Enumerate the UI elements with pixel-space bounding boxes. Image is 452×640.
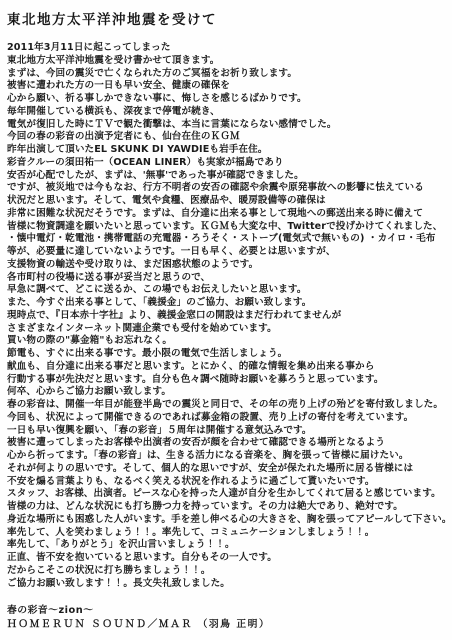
body-line: 各市町村の役場に送る事が妥当だと思うので、 [7, 272, 448, 285]
body-line: 心から祈ってます。「春の彩音」は、生きる活力になる音楽を、胸を張って皆様に届けた… [7, 450, 448, 463]
body-line: 東北地方太平洋沖地震を受け書かせて頂きます。 [7, 55, 448, 68]
body-line: 身近な場所にも困惑した人がいます。手を差し伸べる心の大きさを、胸を張ってアピール… [7, 514, 448, 527]
body-line: だからこそこの状況に打ち勝ちましょう！！。 [7, 565, 448, 578]
body-line: 何卒、心からご協力お願い致します。 [7, 386, 448, 399]
body-line: 毎年開催している横浜も、深夜まで停電が続き、 [7, 106, 448, 119]
body-line: 買い物の際の"募金箱"もお忘れなく。 [7, 335, 448, 348]
body-line: 支援物資の輸送や受け取りは、まだ困惑状態のようです。 [7, 259, 448, 272]
body-line: ですが、被災地では今もなお、行方不明者の安否の確認や余震や原発事故への影響に怯え… [7, 182, 448, 195]
body-line: 電気が復旧した時にＴＶで観た衝撃は、本当に言葉にならない感情でした。 [7, 119, 448, 132]
body-line: 彩音クルーの須田祐一（OCEAN LINER）も実家が福島であり [7, 157, 448, 170]
body-line: 皆様の力は、どんな状況にも打ち勝つ力を持っています。その力は絶大であり、絶対です… [7, 501, 448, 514]
body-line: 皆様に物資調達を願いたいと思っています。ＫＧＭも大変な中、Twitterで投げか… [7, 221, 448, 234]
body-line: 春の彩音は、開催一年目が能登半島での震災と同日で、その年の売り上げの殆どを寄付致… [7, 399, 448, 412]
body-line: 不安を煽る言葉よりも、なるべく笑える状況を作れるように過ごして貰いたいです。 [7, 476, 448, 489]
body-line: 被害に遭われた方の一日も早い安全、健康の確保を [7, 80, 448, 93]
body-line: 現時点で、『日本赤十字社』より、義援金窓口の開設はまだ行われてませんが [7, 310, 448, 323]
body-line: 非常に困難な状況だそうです。まずは、自分達に出来る事として現地への郵送出来る時に… [7, 208, 448, 221]
body-line: 今回の春の彩音の出演予定者にも、仙台在住のＫＧＭ [7, 131, 448, 144]
body-line: 被害に遭ってしまったお客様や出演者の安否が顔を合わせて確認できる場所となるよう [7, 437, 448, 450]
body-line: 今回も、状況によって開催できるのであれば募金箱の設置、売り上げの寄付を考えていま… [7, 412, 448, 425]
body-line: 等が、必要量に達していないようです。一日も早く、必要とは思いますが、 [7, 246, 448, 259]
body-text: 2011年3月11日に起こってしまった東北地方太平洋沖地震を受け書かせて頂きます… [7, 42, 448, 590]
body-line: 早急に調べて、どこに送るか、この場でもお伝えしたいと思います。 [7, 284, 448, 297]
signature-line: 春の彩音～zion～ [7, 604, 448, 618]
body-line: さまざまなインターネット関連企業でも受付を始めています。 [7, 323, 448, 336]
body-line: 献血も、自分達に出来る事だと思います。とにかく、的確な情報を集め出来る事から [7, 361, 448, 374]
body-line: 昨年出演して頂いたEL SKUNK DI YAWDIEも岩手在住。 [7, 144, 448, 157]
body-line: 状況だと思います。そして、電気や食糧、医療品や、暖房設備等の確保は [7, 195, 448, 208]
body-line: また、今すぐ出来る事として、「義援金」のご協力、お願い致します。 [7, 297, 448, 310]
body-line: 行動する事が先決だと思います。自分も色々調べ随時お願いを募ろうと思っています。 [7, 374, 448, 387]
body-line: まずは、今回の震災で亡くなられた方のご冥福をお祈り致します。 [7, 68, 448, 81]
body-line: 2011年3月11日に起こってしまった [7, 42, 448, 55]
body-line: 心から願い、祈る事しかできない事に、悔しさを感じるばかりです。 [7, 93, 448, 106]
body-line: ご協力お願い致します！！。長文失礼致しました。 [7, 578, 448, 591]
body-line: ・懐中電灯・乾電池・携帯電話の充電器・ろうそく・ストーブ(電気式で無いもの) ・… [7, 233, 448, 246]
body-line: スタッフ、お客様、出演者。ピースな心を持った人達が自分を生かしてくれて居ると感じ… [7, 488, 448, 501]
body-line: 率先して、人を笑わましょう！！。率先して、コミュニケーションしましょう！！。 [7, 527, 448, 540]
signature-line: ＨＯＭＥＲＵＮ ＳＯＵＮＤ／ＭＡＲ （羽鳥 正明） [7, 618, 448, 632]
body-line: 安否が心配でしたが、まずは、'無事'であった事が確認できました。 [7, 170, 448, 183]
page-title: 東北地方太平洋沖地震を受けて [7, 8, 448, 28]
body-line: 節電も、すぐに出来る事です。最小限の電気で生活しましょう。 [7, 348, 448, 361]
body-line: 率先して、「ありがとう」を沢山言いましょう！！。 [7, 539, 448, 552]
document-page: 東北地方太平洋沖地震を受けて 2011年3月11日に起こってしまった東北地方太平… [0, 0, 452, 640]
body-line: 一日も早い復興を願い、「春の彩音」５周年は開催する意気込みです。 [7, 425, 448, 438]
body-line: 正直、皆不安を抱いていると思います。自分もその一人です。 [7, 552, 448, 565]
body-line: それが何よりの思いです。そして、個人的な思いですが、安全が保たれた場所に居る皆様… [7, 463, 448, 476]
signature-block: 春の彩音～zion～ＨＯＭＥＲＵＮ ＳＯＵＮＤ／ＭＡＲ （羽鳥 正明） [7, 604, 448, 631]
